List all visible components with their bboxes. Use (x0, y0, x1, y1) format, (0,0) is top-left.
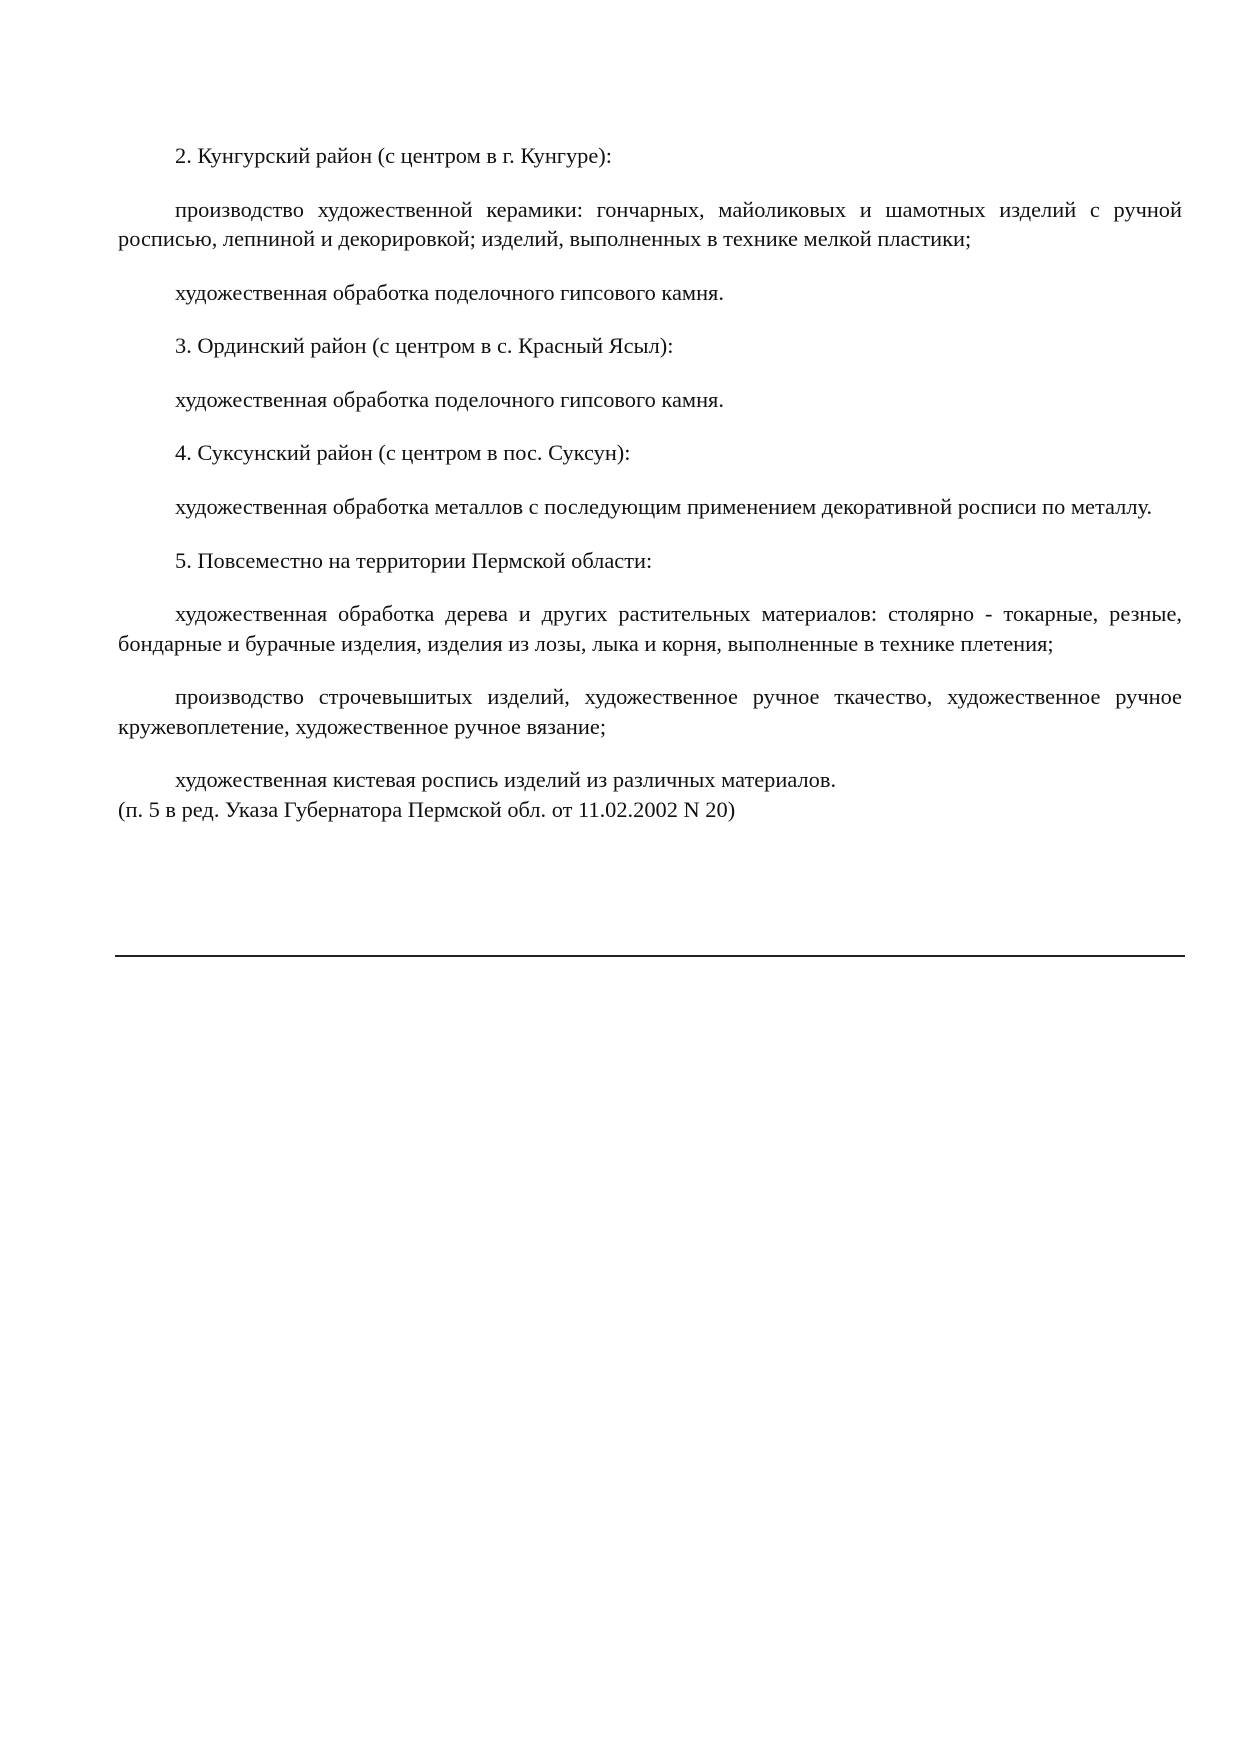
section-heading-orda: 3. Ординский район (с центром в с. Красн… (118, 331, 1182, 360)
amendment-note: (п. 5 в ред. Указа Губернатора Пермской … (118, 795, 1182, 824)
section-item: художественная обработка поделочного гип… (118, 278, 1182, 307)
section-heading-perm-region: 5. Повсеместно на территории Пермской об… (118, 546, 1182, 575)
section-heading-kungur: 2. Кунгурский район (с центром в г. Кунг… (118, 141, 1182, 170)
section-item: художественная кистевая роспись изделий … (118, 765, 1182, 794)
document-page: 2. Кунгурский район (с центром в г. Кунг… (118, 141, 1182, 824)
section-item: художественная обработка дерева и других… (118, 599, 1182, 658)
section-item: художественная обработка поделочного гип… (118, 385, 1182, 414)
section-item: производство строчевышитых изделий, худо… (118, 682, 1182, 741)
section-item: художественная обработка металлов с посл… (118, 492, 1182, 521)
section-item: производство художественной керамики: го… (118, 195, 1182, 254)
section-heading-suksun: 4. Суксунский район (с центром в пос. Су… (118, 438, 1182, 467)
footer-divider (115, 955, 1185, 957)
